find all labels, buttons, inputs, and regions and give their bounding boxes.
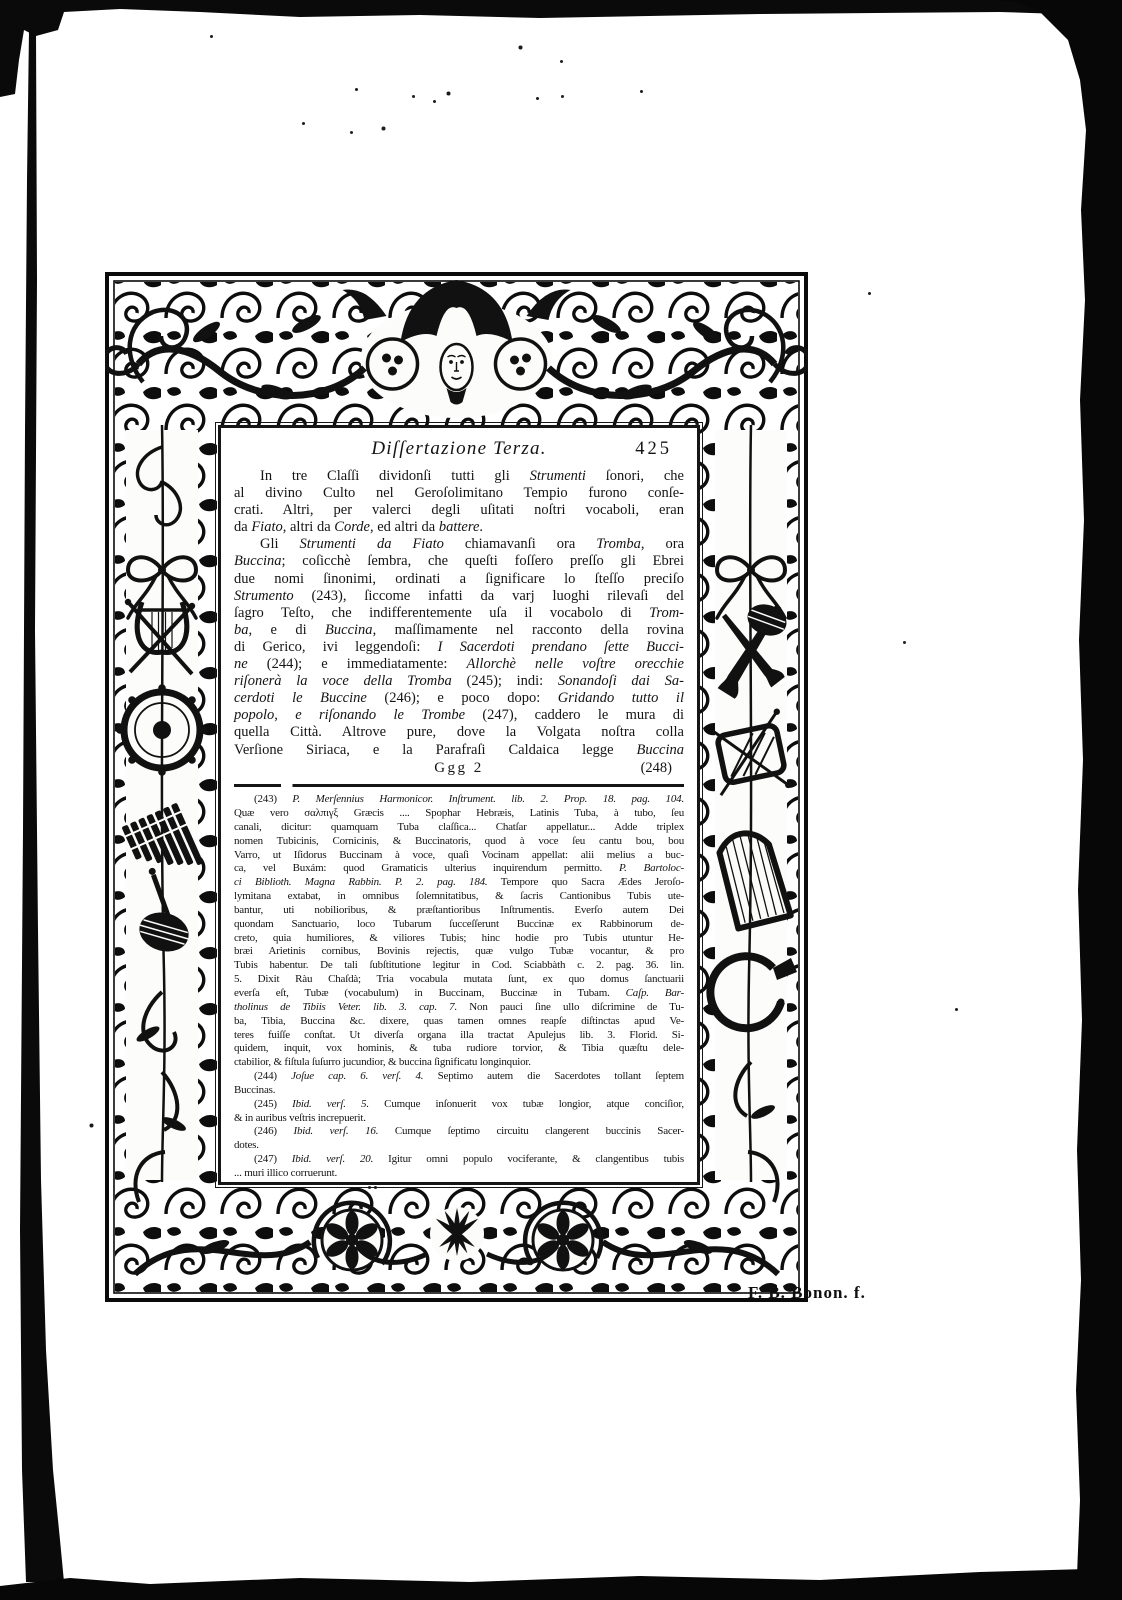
footnote-line: (246) Ibid. verſ. 16. Cumque ſeptimo cir… [234, 1125, 684, 1139]
body-line: riſonerà la voce della Tromba (245); ind… [234, 673, 684, 690]
footnote-line: (243) P. Merſennius Harmonicor. Inſtrume… [234, 793, 684, 807]
scan-edge-top [0, 0, 1122, 100]
body-line: da Fiato, altri da Corde, ed altri da ba… [234, 519, 684, 536]
footnote-line: ba, Tibia, Buccina &c. dixere, quas tame… [234, 1015, 684, 1029]
body-line: crati. Altri, per valerci degli uſitati … [234, 502, 684, 519]
fruit-medallion-right [496, 339, 546, 389]
footnote-line: 5. Dixit Ràu Chaſdà; Tria vocabula mutat… [234, 973, 684, 987]
footnote-line: nomen Tubicinis, Cornicinis, & Buccinato… [234, 835, 684, 849]
footnote-line: Tubis habentur. De tali ſubſtitutione le… [234, 959, 684, 973]
footnote-line: (247) Ibid. verſ. 20. Igitur omni populo… [234, 1153, 684, 1167]
footnote-line: ctabilior, & fiſtula ſuſurro jucundior, … [234, 1056, 684, 1070]
footnote-line: bantur, uti nobilioribus, & præſtantiori… [234, 904, 684, 918]
page-number: 425 [635, 439, 672, 460]
left-instrument-trophy [116, 425, 208, 1182]
right-instrument-trophy [706, 425, 797, 1182]
footnote-line: Buccinas. [234, 1084, 684, 1098]
footnote-rule [234, 784, 684, 788]
paragraph: (243) P. Merſennius Harmonicor. Inſtrume… [234, 793, 684, 1070]
body-line: ſagro Teſto, che indifferentemente uſa i… [234, 605, 684, 622]
scan-edge-bottom [0, 1560, 1122, 1600]
body-line: ne (244); e immediatamente: Allorchè nel… [234, 656, 684, 673]
footnote-line: quidem, inquit, vox hominis, & tuba rudi… [234, 1042, 684, 1056]
footnote-line: Varro, ut Iſidorus Buccinam à voce, quaſ… [234, 849, 684, 863]
engraver-signature: F. B. Bonon. f. [748, 1283, 866, 1303]
paragraph: Gli Strumenti da Fiato chiamavanſi ora T… [234, 536, 684, 758]
gathering-signature: Ggg 2 [234, 760, 684, 777]
footnote-line: ... muri illico corruerunt. [234, 1167, 684, 1181]
footnote-line: tholinus de Tibiis Veter. lib. 3. cap. 7… [234, 1001, 684, 1015]
body-line: due nomi ſinonimi, ordinati a ſignificar… [234, 571, 684, 588]
paragraph: (244) Joſue cap. 6. verſ. 4. Septimo aut… [234, 1070, 684, 1098]
body-line: In tre Claſſi dividonſi tutti gli Strume… [234, 468, 684, 485]
catchword: (248) [641, 760, 672, 777]
footnote-line: lymitana extabat, in omnibus ſolemnitati… [234, 890, 684, 904]
fruit-medallion-left [368, 339, 418, 389]
running-head: Diſſertazione Terza. [234, 438, 684, 460]
footnote-line: ci Biblioth. Magna Rabbin. P. 2. pag. 18… [234, 876, 684, 890]
text-panel: Diſſertazione Terza. 425 In tre Claſſi d… [218, 425, 700, 1185]
body-line: Buccina; coſicchè ſembra, che queſti foſ… [234, 553, 684, 570]
footnote-line: & in auribus veſtris increpuerit. [234, 1112, 684, 1126]
footnote-line: ca, vel Buxám: quod Gramaticis ulterius … [234, 862, 684, 876]
body-line: al divino Culto nel Geroſolimitano Tempi… [234, 485, 684, 502]
body-line: quella Città. Altrove pure, dove la Volg… [234, 724, 684, 741]
body-line: popolo, e riſonando le Trombe (247), cad… [234, 707, 684, 724]
scanned-page: Diſſertazione Terza. 425 In tre Claſſi d… [0, 0, 1122, 1600]
body-line: Gli Strumenti da Fiato chiamavanſi ora T… [234, 536, 684, 553]
body-line: ba, e di Buccina, maſſimamente nel racco… [234, 622, 684, 639]
footnote-line: creto, quia humiliores, & viliores Tubis… [234, 932, 684, 946]
body-line: di Gerico, ivi leggendoſi: I Sacerdoti p… [234, 639, 684, 656]
scan-noise-specks [355, 88, 358, 91]
body-line: Strumento (243), ſiccome infatti da varj… [234, 588, 684, 605]
body-line: cerdoti le Buccine (246); e poco dopo: G… [234, 690, 684, 707]
engraved-border-plate: Diſſertazione Terza. 425 In tre Claſſi d… [105, 272, 808, 1302]
footnote-line: teres fuiſſe conſtat. Ut diverſa organa … [234, 1029, 684, 1043]
body-text: In tre Claſſi dividonſi tutti gli Strume… [234, 468, 684, 759]
paragraph: (245) Ibid. verſ. 5. Cumque inſonuerit v… [234, 1098, 684, 1126]
footnote-line: (244) Joſue cap. 6. verſ. 4. Septimo aut… [234, 1070, 684, 1084]
footnote-line: canali, dicitur: quamquam Tuba claſſica.… [234, 821, 684, 835]
footnote-line: everſa eſt, Tubæ (vocabulum) in Buccinam… [234, 987, 684, 1001]
body-line: Verſione Siriaca, e la Parafraſi Caldaic… [234, 742, 684, 759]
footnotes: (243) P. Merſennius Harmonicor. Inſtrume… [234, 793, 684, 1181]
header-row: Diſſertazione Terza. 425 [234, 438, 684, 468]
footnote-line: bræi Arietinis cornibus, Bovinis rejecti… [234, 945, 684, 959]
footnote-line: dotes. [234, 1139, 684, 1153]
footnote-line: quondam Sanctuario, loco Tubarum ſucceſſ… [234, 918, 684, 932]
scan-edge-right [980, 0, 1122, 1600]
direction-line: Ggg 2 (248) [234, 760, 684, 780]
paragraph: (247) Ibid. verſ. 20. Igitur omni populo… [234, 1153, 684, 1181]
footnote-line: Quæ vero σαλπιγξ Græcis .... Spophar Heb… [234, 807, 684, 821]
paragraph: (246) Ibid. verſ. 16. Cumque ſeptimo cir… [234, 1125, 684, 1153]
footnote-line: (245) Ibid. verſ. 5. Cumque inſonuerit v… [234, 1098, 684, 1112]
paragraph: In tre Claſſi dividonſi tutti gli Strume… [234, 468, 684, 536]
scan-gutter-shadow [0, 30, 90, 1582]
